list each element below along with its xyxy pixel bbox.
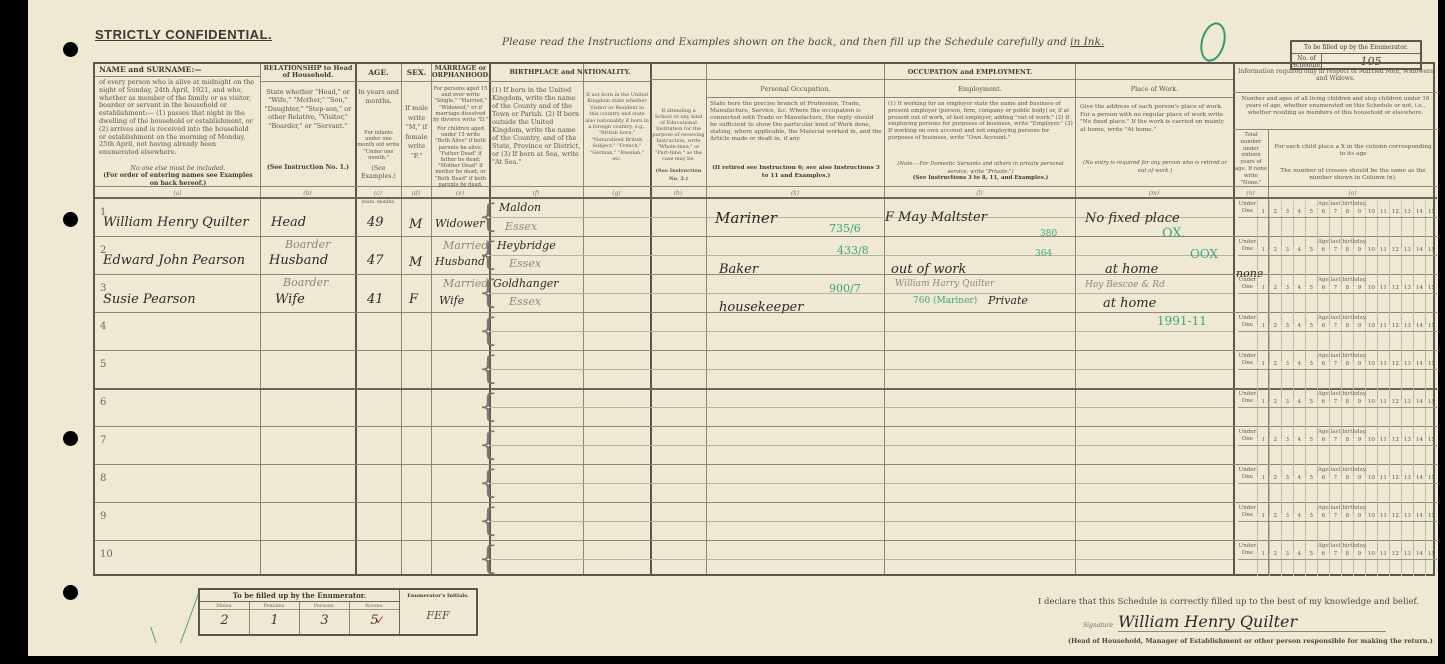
sex-column-instructions: If male write "M," if female write "F.": [403, 104, 430, 161]
row-2-occupation: Baker: [719, 262, 758, 277]
row-3-employer-note: William Harry Quilter: [895, 279, 994, 289]
males-cell: Males.2: [200, 602, 250, 634]
column-letter: (m): [1075, 190, 1233, 197]
punch-hole: [63, 431, 78, 446]
enumerator-initials: FEF: [400, 602, 476, 630]
row-1-workplace: No fixed place: [1085, 211, 1180, 226]
row-1-occupation: Mariner: [715, 209, 777, 227]
enumerator-circle-mark: [1196, 20, 1230, 65]
row-3-workplace: at home: [1103, 296, 1156, 311]
punch-hole: [63, 212, 78, 227]
row-2-marriage-note: Married: [443, 239, 488, 252]
children-info-title: Information required only in respect of …: [1234, 68, 1437, 82]
row-1-birth-town: Maldon: [499, 201, 541, 214]
row-2-age: 47: [367, 253, 384, 268]
personal-occupation-instructions: State here the precise branch of Profess…: [710, 101, 882, 143]
row-2-relationship: Husband: [269, 253, 328, 268]
column-letter: (n): [1233, 190, 1268, 197]
age-column-instructions: In years and months.: [357, 88, 400, 106]
age-column-ref: (See Examples.): [357, 165, 400, 180]
row-2-marriage: Husband: [435, 255, 485, 268]
column-letter: (h): [650, 190, 706, 197]
census-table: NAME and SURNAME:— of every person who i…: [93, 62, 1435, 576]
row-1-name: William Henry Quilter: [103, 215, 249, 230]
row-3-name: Susie Pearson: [103, 292, 196, 307]
education-column-instructions: If attending a School or any kind of Edu…: [652, 108, 705, 162]
row-2-birth-county: Essex: [509, 257, 541, 270]
name-column-instructions: of every person who is alive at midnight…: [99, 79, 257, 157]
column-letter: (f): [489, 190, 583, 197]
row-2-sex: M: [409, 255, 422, 270]
age-column-infants: For infants under one month old write "U…: [357, 130, 400, 161]
column-letter: (c): [355, 190, 401, 197]
row-1-work-code: OX.: [1162, 226, 1186, 241]
row-1-sex: M: [409, 217, 422, 232]
name-column-title: NAME and SURNAME:—: [99, 66, 259, 74]
row-1-age: 49: [367, 215, 384, 230]
column-letter: (a): [95, 190, 260, 197]
signature-label: Signature: [1083, 622, 1113, 629]
row-2-work-code: OOX: [1190, 247, 1218, 261]
confidential-title: STRICTLY CONFIDENTIAL.: [95, 27, 272, 42]
birthplace-uk-instructions: (1) If born in the United Kingdom, write…: [492, 86, 582, 166]
column-letter: (g): [583, 190, 650, 197]
column-letter: (k): [706, 190, 884, 197]
row-number: 10: [100, 549, 113, 560]
row-1-employment: F May Maltster: [885, 210, 987, 225]
relationship-column-ref: (See Instruction No. 1.): [263, 164, 353, 172]
sex-column-title: SEX.: [402, 69, 431, 77]
row-3-birth-town: Goldhanger: [493, 277, 559, 290]
employment-instructions: (1) If working for an employer state the…: [888, 101, 1073, 142]
marriage-column-instructions: For persons aged 15 and over write "Sing…: [433, 86, 488, 123]
personal-occupation-ref: (If retired see Instruction 6; see also …: [710, 165, 882, 180]
row-3-marriage-note: Married: [443, 277, 488, 290]
row-3-employer-code: 760 (Mariner): [913, 296, 977, 306]
row-number: 4: [100, 321, 106, 332]
row-3-sex: F: [409, 292, 418, 307]
row-3-employment: Private: [988, 294, 1028, 307]
row-3-relationship: Wife: [275, 292, 305, 307]
nationality-instructions: If not born in the United Kingdom state …: [585, 92, 649, 162]
place-of-work-title: Place of Work.: [1076, 86, 1233, 94]
row-2-birth-town: Heybridge: [497, 239, 556, 252]
signature: William Henry Quilter: [1118, 612, 1386, 632]
punch-hole: [63, 42, 78, 57]
row-2-workplace: at home: [1105, 262, 1158, 277]
persons-count: 3: [300, 610, 349, 632]
name-column-order: (For order of entering names see Example…: [99, 172, 257, 187]
row-3-occupation: housekeeper: [719, 300, 803, 315]
children-total-instructions: Total number under sixteen years of age.…: [1234, 132, 1268, 186]
row-1-birth-county: Essex: [505, 220, 537, 233]
column-letter: (d): [401, 190, 431, 197]
row-number: 5: [100, 359, 106, 370]
persons-cell: Persons.3: [300, 602, 350, 634]
row-2-employment-code: 364: [1035, 249, 1052, 259]
education-column-ref: (See Instruction No. 2.): [652, 168, 705, 183]
in-ink-text: in Ink.: [1070, 36, 1104, 48]
row-3-workplace-note: Hoy Bescoe & Rd: [1085, 280, 1165, 290]
row-3-marriage: Wife: [439, 294, 464, 307]
enumerator-box-caption: To be filled up by the Enumerator.: [200, 590, 399, 602]
row-3-age: 41: [367, 292, 384, 307]
employment-title: Employment.: [885, 86, 1075, 94]
occupation-column-title: OCCUPATION and EMPLOYMENT.: [707, 69, 1233, 77]
row-2-employment: out of work: [891, 262, 966, 277]
age-subheader: years. months.: [357, 199, 400, 207]
place-of-work-instructions: Give the address of each person's place …: [1080, 104, 1230, 134]
census-schedule-page: STRICTLY CONFIDENTIAL. Please read the I…: [28, 0, 1438, 656]
column-letter: (e): [431, 190, 489, 197]
enumerator-summary-box: To be filled up by the Enumerator. Males…: [198, 588, 478, 636]
punch-hole: [63, 585, 78, 600]
column-letter: (b): [260, 190, 355, 197]
row-2-name: Edward John Pearson: [103, 253, 245, 268]
row-2-relationship-note: Boarder: [285, 238, 330, 251]
column-letter: (l): [884, 190, 1075, 197]
row-3-relationship-note: Boarder: [283, 276, 328, 289]
females-count: 1: [250, 610, 299, 632]
marriage-column-children: For children aged under 15 write "Both A…: [433, 126, 488, 188]
employment-note: (Note.—For Domestic Servants and others …: [888, 161, 1073, 176]
row-1-employment-code: 380: [1040, 229, 1057, 239]
row-3-occupation-code: 900/7: [829, 282, 861, 295]
place-of-work-note: (No entry is required for any person who…: [1080, 160, 1230, 175]
row-3-birth-county: Essex: [509, 295, 541, 308]
relationship-column-title: RELATIONSHIP to Head of Household.: [261, 65, 355, 79]
employment-ref: (See Instructions 3 to 8, 11, and Exampl…: [888, 175, 1073, 183]
enumerator-initials-cell: Enumerator's Initials. FEF: [400, 590, 476, 634]
row-number: 7: [100, 435, 106, 446]
personal-occupation-title: Personal Occupation.: [707, 86, 884, 94]
children-ages-row-10: Age last birthday. Under One123456789101…: [1238, 542, 1437, 576]
row-number: 6: [100, 397, 106, 408]
marriage-column-title: MARRIAGE or ORPHANHOOD.: [432, 65, 489, 79]
signature-note: (Head of Household, Manager of Establish…: [1068, 637, 1433, 645]
green-check-mark: [153, 588, 201, 643]
column-letter: (o): [1268, 190, 1437, 197]
red-check-mark: ✓: [375, 613, 385, 627]
instructions-text: Please read the Instructions and Example…: [502, 36, 1070, 48]
females-cell: Females.1: [250, 602, 300, 634]
instructions-line: Please read the Instructions and Example…: [502, 36, 1104, 48]
schedule-box-caption: To be filled up by the Enumerator.: [1292, 42, 1420, 54]
birthplace-column-title: BIRTHPLACE and NATIONALITY.: [490, 69, 650, 77]
row-2-occupation-code: 433/8: [837, 244, 869, 257]
relationship-column-instructions: State whether "Head," or "Wife," "Mother…: [263, 88, 353, 130]
row-3-work-code: 1991-11: [1157, 314, 1207, 328]
males-count: 2: [200, 610, 249, 632]
age-column-title: AGE.: [356, 69, 401, 77]
row-1-marriage: Widower: [435, 217, 484, 230]
row-number: 9: [100, 511, 106, 522]
children-cross-note: The number of crosses should be the same…: [1271, 168, 1435, 182]
row-1-occupation-code: 735/6: [829, 222, 861, 235]
children-info-instructions: Number and ages of all living children a…: [1236, 96, 1435, 116]
declaration-text: I declare that this Schedule is correctl…: [1038, 597, 1419, 607]
children-cross-instructions: For each child place a X in the column c…: [1271, 144, 1435, 158]
row-number: 8: [100, 473, 106, 484]
row-1-relationship: Head: [271, 215, 306, 230]
